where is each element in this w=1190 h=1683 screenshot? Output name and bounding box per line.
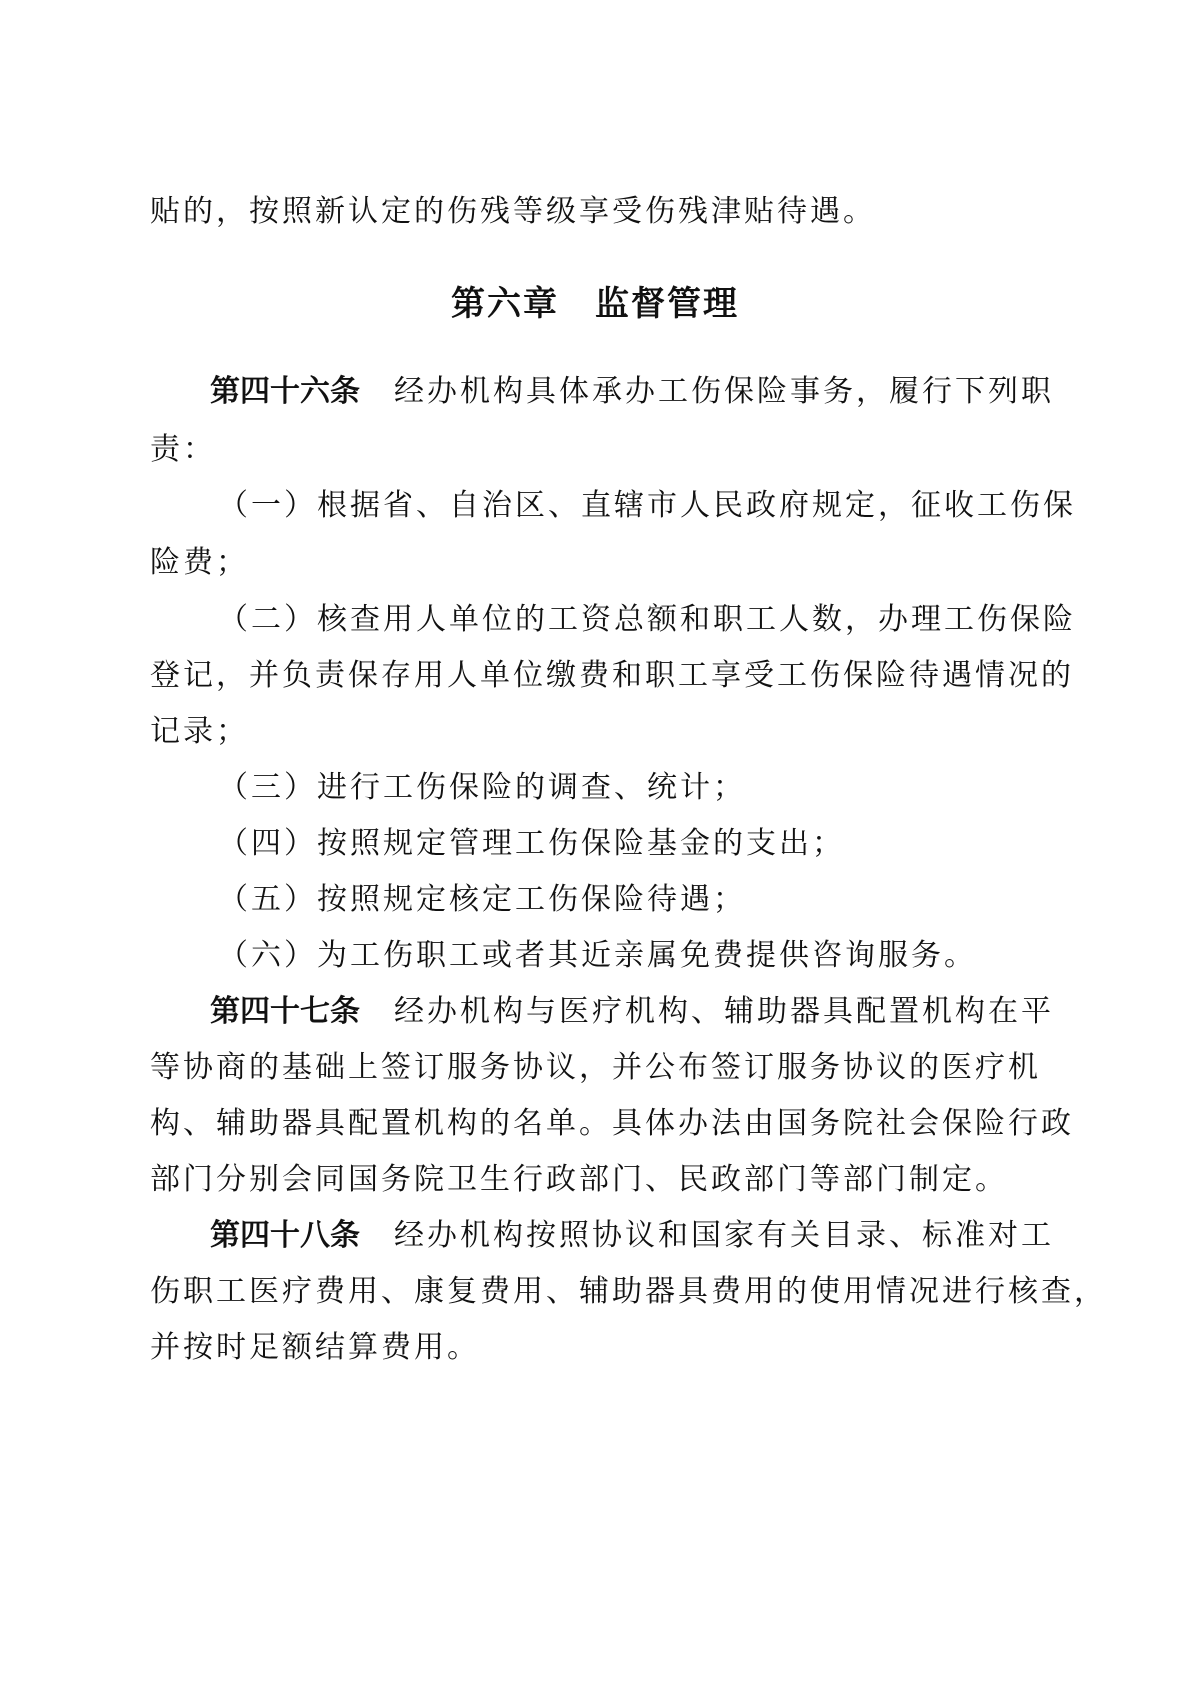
item-1-line-1: （一）根据省、自治区、直辖市人民政府规定，征收工伤保 (218, 486, 1108, 526)
article-47-label: 第四十七条 (210, 994, 360, 1029)
item-3: （三）进行工伤保险的调查、统计； (218, 768, 1108, 808)
article-47-line-4: 部门分别会同国务院卫生行政部门、民政部门等部门制定。 (150, 1160, 1040, 1200)
chapter-title: 第六章 监督管理 (0, 282, 1190, 326)
item-2-line-1: （二）核查用人单位的工资总额和职工人数，办理工伤保险 (218, 600, 1108, 640)
article-48-line-3: 并按时足额结算费用。 (150, 1328, 1040, 1368)
item-1-line-2: 险费； (150, 543, 1040, 583)
article-48-line-1: 第四十八条经办机构按照协议和国家有关目录、标准对工 (210, 1216, 1100, 1256)
document-page: 贴的，按照新认定的伤残等级享受伤残津贴待遇。 第六章 监督管理 第四十六条经办机… (0, 0, 1190, 1683)
article-46-line-1: 第四十六条经办机构具体承办工伤保险事务，履行下列职 (210, 372, 1100, 412)
article-47-line-3: 构、辅助器具配置机构的名单。具体办法由国务院社会保险行政 (150, 1104, 1040, 1144)
article-47-line-2: 等协商的基础上签订服务协议，并公布签订服务协议的医疗机 (150, 1048, 1040, 1088)
item-2-line-2: 登记，并负责保存用人单位缴费和职工享受工伤保险待遇情况的 (150, 656, 1040, 696)
article-46-line-2: 责： (150, 430, 1040, 470)
item-6: （六）为工伤职工或者其近亲属免费提供咨询服务。 (218, 936, 1108, 976)
article-48-label: 第四十八条 (210, 1218, 360, 1253)
continuation-text: 贴的，按照新认定的伤残等级享受伤残津贴待遇。 (150, 192, 1040, 232)
item-2-line-3: 记录； (150, 712, 1040, 752)
article-46-label: 第四十六条 (210, 374, 360, 409)
article-47-line-1: 第四十七条经办机构与医疗机构、辅助器具配置机构在平 (210, 992, 1100, 1032)
item-4: （四）按照规定管理工伤保险基金的支出； (218, 824, 1108, 864)
item-5: （五）按照规定核定工伤保险待遇； (218, 880, 1108, 920)
article-48-line-2: 伤职工医疗费用、康复费用、辅助器具费用的使用情况进行核查， (150, 1272, 1040, 1312)
